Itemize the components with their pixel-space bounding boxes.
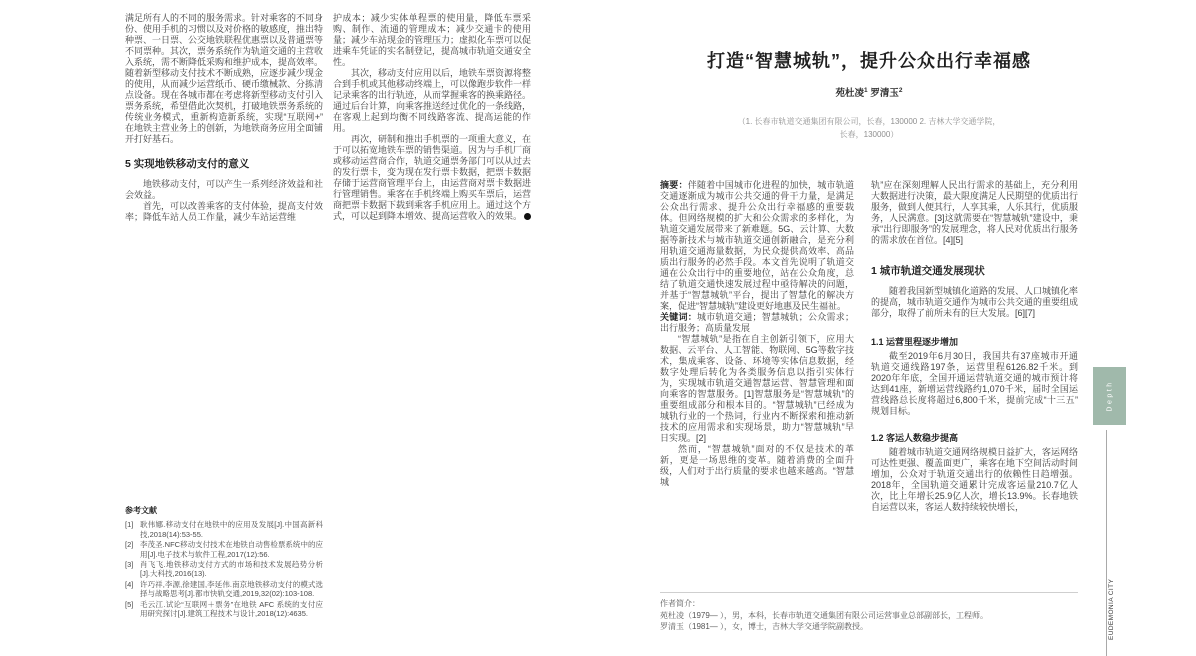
- end-of-article-icon: [524, 213, 531, 220]
- subsection-heading-1-1: 1.1 运营里程逐步增加: [871, 337, 1078, 348]
- author-affiliation-mark: 2: [899, 87, 903, 94]
- author-bio-line: 苑杜凌（1979— ），男，本科，长春市轨道交通集团有限公司运营事业总部副部长，…: [660, 610, 1078, 622]
- author-affiliation-mark: 1: [864, 87, 868, 94]
- margin-rule: [1106, 430, 1107, 656]
- paragraph: 再次，研制和推出手机票的一项重大意义，在于可以拓宽地铁车票的销售渠道。因为与手机…: [333, 134, 531, 222]
- author-bio-line: 罗清玉（1981— ），女，博士，吉林大学交通学院副教授。: [660, 621, 1078, 633]
- paragraph: 其次，移动支付应用以后，地铁车票资源将整合到手机或其他移动终端上，可以像跑步软件…: [333, 68, 531, 134]
- paragraph: 然而，“智慧城轨”面对的不仅是技术的革新，更是一场思维的变革。随着消费的全面升级…: [660, 444, 854, 488]
- author-name: 苑杜凌: [836, 88, 865, 99]
- affiliation-line: （1. 长春市轨道交通集团有限公司，长春，130000 2. 吉林大学交通学院，: [660, 115, 1078, 128]
- author-name: 罗清玉: [870, 88, 899, 99]
- reference-item: [5] 毛云江.试论“互联网＋票务”在地铁 AFC 系统的支付应用研究探讨[J]…: [125, 600, 323, 619]
- page-right: 打造“智慧城轨”，提升公众出行幸福感 苑杜凌1 罗清玉2 （1. 长春市轨道交通…: [598, 0, 1196, 656]
- section-margin-tab-label: Depth: [1106, 380, 1113, 411]
- journal-name-vertical: EUDEMONIA CITY: [1108, 632, 1169, 650]
- paragraph-text: 再次，研制和推出手机票的一项重大意义，在于可以拓宽地铁车票的销售渠道。因为与手机…: [333, 134, 531, 221]
- section-heading-5: 5 实现地铁移动支付的意义: [125, 159, 323, 170]
- author-bio-label: 作者简介：: [660, 598, 1078, 610]
- paragraph: 地铁移动支付，可以产生一系列经济效益和社会效益。: [125, 179, 323, 201]
- keywords-label: 关键词：: [660, 312, 697, 322]
- article-authors: 苑杜凌1 罗清玉2: [660, 85, 1078, 99]
- reference-text: 肖飞飞.地铁移动支付方式的市场和技术发展趋势分析[J].大科技,2016(13)…: [140, 560, 323, 579]
- reference-text: 许巧祥,李源,徐建国,李延伟.南京地铁移动支付的模式选择与战略思考[J].都市快…: [140, 580, 323, 599]
- right-column-2: 轨”应在深刻理解人民出行需求的基础上，充分利用大数据进行决策，最大限度满足人民期…: [871, 180, 1078, 513]
- left-column-2: 护成本；减少实体单程票的使用量，降低车票采购、制作、流通的管理成本；减少交通卡的…: [333, 13, 531, 222]
- paragraph: 轨”应在深刻理解人民出行需求的基础上，充分利用大数据进行决策，最大限度满足人民期…: [871, 180, 1078, 246]
- reference-item: [1] 耿伟娜.移动支付在地铁中的应用及发展[J].中国高新科技,2018(14…: [125, 520, 323, 539]
- reference-number: [5]: [125, 600, 140, 619]
- journal-spread: { "left_page": { "col1": { "para_continu…: [0, 0, 1196, 656]
- reference-number: [4]: [125, 580, 140, 599]
- abstract-text: 伴随着中国城市化进程的加快，城市轨道交通逐渐成为城市公共交通的骨干力量，是满足公…: [660, 180, 854, 311]
- section-margin-tab: Depth: [1093, 367, 1126, 425]
- keywords-paragraph: 关键词：城市轨道交通；智慧城轨；公众需求；出行服务；高质量发展: [660, 312, 854, 334]
- paragraph: 首先，可以改善乘客的支付体验，提高支付效率；降低车站人员工作量，减少车站运营维: [125, 201, 323, 223]
- left-column-1: 满足所有人的不同的服务需求。针对乘客的不同身份、使用手机的习惯以及对价格的敏感度…: [125, 13, 323, 223]
- reference-item: [3] 肖飞飞.地铁移动支付方式的市场和技术发展趋势分析[J].大科技,2016…: [125, 560, 323, 579]
- references-heading: 参考文献: [125, 506, 323, 515]
- journal-name-label: EUDEMONIA CITY: [1108, 579, 1115, 640]
- abstract-label: 摘要：: [660, 180, 688, 190]
- reference-number: [2]: [125, 540, 140, 559]
- reference-number: [1]: [125, 520, 140, 539]
- paragraph: 随着城市轨道交通网络规模日益扩大，客运网络可达性更强、覆盖面更广，乘客在地下空间…: [871, 447, 1078, 513]
- paragraph: 护成本；减少实体单程票的使用量，降低车票采购、制作、流通的管理成本；减少交通卡的…: [333, 13, 531, 68]
- affiliation-line: 长春，130000）: [660, 128, 1078, 141]
- subsection-heading-1-2: 1.2 客运人数稳步提高: [871, 433, 1078, 444]
- section-heading-1: 1 城市轨道交通发展现状: [871, 266, 1078, 277]
- article-title: 打造“智慧城轨”，提升公众出行幸福感: [660, 47, 1078, 73]
- page-left: 满足所有人的不同的服务需求。针对乘客的不同身份、使用手机的习惯以及对价格的敏感度…: [0, 0, 598, 656]
- reference-text: 耿伟娜.移动支付在地铁中的应用及发展[J].中国高新科技,2018(14):53…: [140, 520, 323, 539]
- affiliation: （1. 长春市轨道交通集团有限公司，长春，130000 2. 吉林大学交通学院，…: [660, 115, 1078, 141]
- references-block: 参考文献 [1] 耿伟娜.移动支付在地铁中的应用及发展[J].中国高新科技,20…: [125, 506, 323, 619]
- reference-number: [3]: [125, 560, 140, 579]
- reference-text: 毛云江.试论“互联网＋票务”在地铁 AFC 系统的支付应用研究探讨[J].建筑工…: [140, 600, 323, 619]
- reference-item: [2] 李茂圣.NFC移动支付技术在地铁自动售检票系统中的应用[J].电子技术与…: [125, 540, 323, 559]
- right-column-1: 摘要：伴随着中国城市化进程的加快，城市轨道交通逐渐成为城市公共交通的骨干力量，是…: [660, 180, 854, 488]
- paragraph: 随着我国新型城镇化道路的发展、人口城镇化率的提高，城市轨道交通作为城市公共交通的…: [871, 286, 1078, 319]
- paragraph: 截至2019年6月30日，我国共有37座城市开通轨道交通线路197条，运营里程6…: [871, 351, 1078, 417]
- reference-text: 李茂圣.NFC移动支付技术在地铁自动售检票系统中的应用[J].电子技术与软件工程…: [140, 540, 323, 559]
- author-bio: 作者简介： 苑杜凌（1979— ），男，本科，长春市轨道交通集团有限公司运营事业…: [660, 592, 1078, 633]
- paragraph: 满足所有人的不同的服务需求。针对乘客的不同身份、使用手机的习惯以及对价格的敏感度…: [125, 13, 323, 145]
- paragraph: “智慧城轨”是指在自主创新引领下，应用大数据、云平台、人工智能、物联网、5G等数…: [660, 334, 854, 444]
- reference-item: [4] 许巧祥,李源,徐建国,李延伟.南京地铁移动支付的模式选择与战略思考[J]…: [125, 580, 323, 599]
- abstract-paragraph: 摘要：伴随着中国城市化进程的加快，城市轨道交通逐渐成为城市公共交通的骨干力量，是…: [660, 180, 854, 312]
